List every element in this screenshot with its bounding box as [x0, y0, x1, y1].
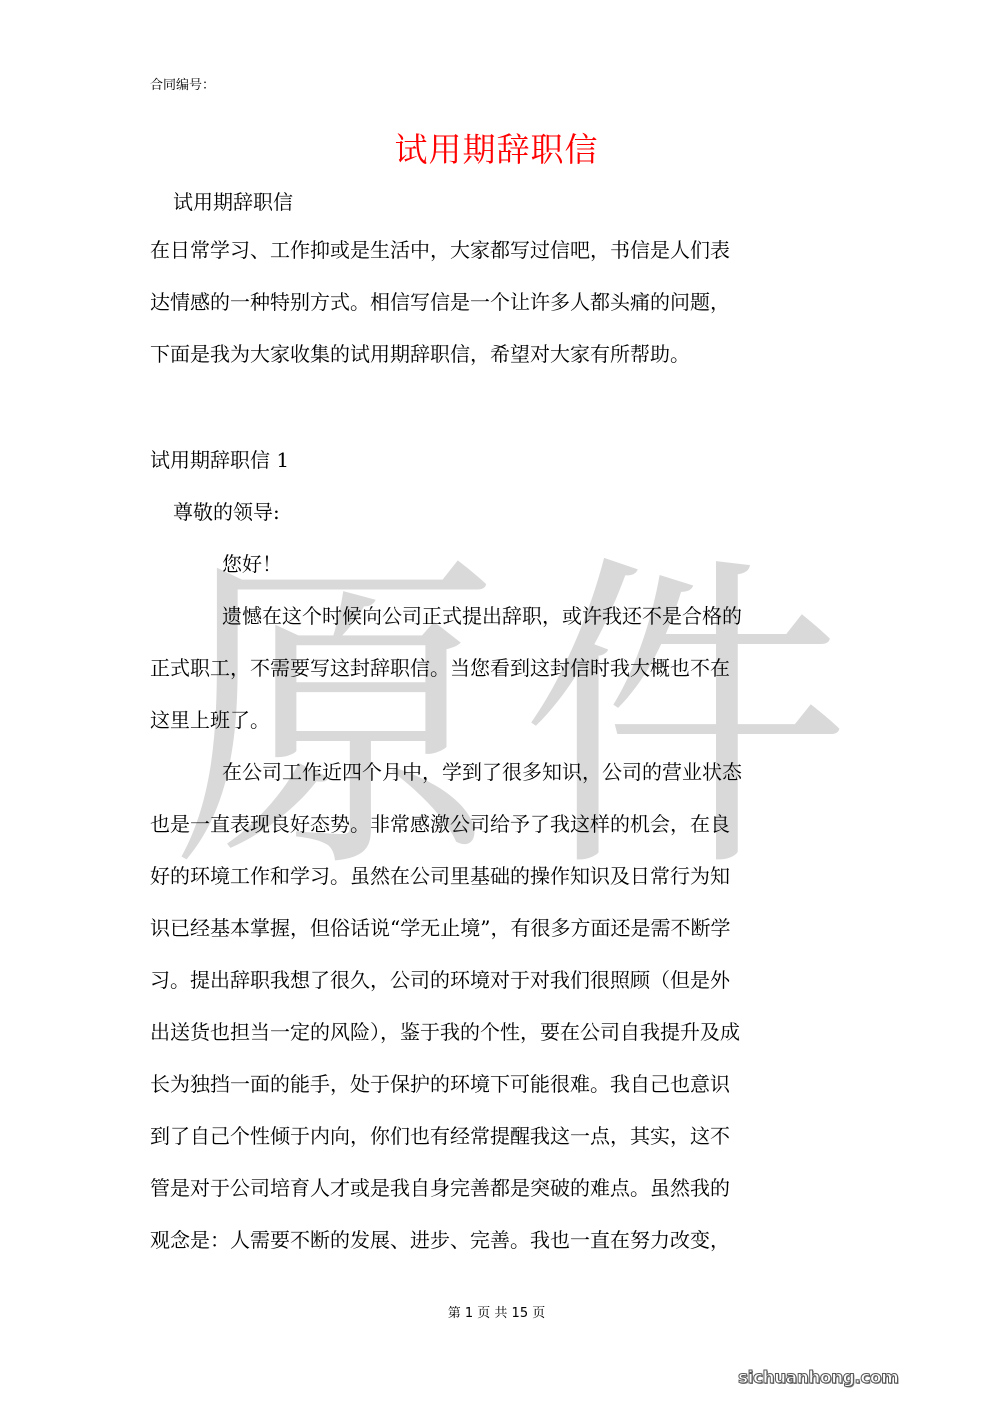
- letter-heading: 试用期辞职信 1: [150, 434, 850, 486]
- letter-paragraph-2: 在公司工作近四个月中，学到了很多知识，公司的营业状态 也是一直表现良好态势。非常…: [150, 746, 850, 1266]
- text-line: 正式职工，不需要写这封辞职信。当您看到这封信时我大概也不在: [150, 642, 850, 694]
- text-line: 也是一直表现良好态势。非常感激公司给予了我这样的机会，在良: [150, 798, 850, 850]
- text-line: 到了自己个性倾于内向，你们也有经常提醒我这一点，其实，这不: [150, 1110, 850, 1162]
- text-line: 达情感的一种特别方式。相信写信是一个让许多人都头痛的问题，: [150, 276, 850, 328]
- text-line: 识已经基本掌握，但俗话说“学无止境”，有很多方面还是需不断学: [150, 902, 850, 954]
- intro-paragraph: 在日常学习、工作抑或是生活中，大家都写过信吧，书信是人们表 达情感的一种特别方式…: [150, 224, 850, 380]
- text-line: 观念是：人需要不断的发展、进步、完善。我也一直在努力改变，: [150, 1214, 850, 1266]
- text-line: 好的环境工作和学习。虽然在公司里基础的操作知识及日常行为知: [150, 850, 850, 902]
- text-line: 下面是我为大家收集的试用期辞职信，希望对大家有所帮助。: [150, 328, 850, 380]
- document-title: 试用期辞职信: [0, 124, 993, 171]
- text-line: 在公司工作近四个月中，学到了很多知识，公司的营业状态: [150, 746, 850, 798]
- text-line: 长为独挡一面的能手，处于保护的环境下可能很难。我自己也意识: [150, 1058, 850, 1110]
- text-line: 遗憾在这个时候向公司正式提出辞职，或许我还不是合格的: [150, 590, 850, 642]
- text-line: 管是对于公司培育人才或是我自身完善都是突破的难点。虽然我的: [150, 1162, 850, 1214]
- text-line: 习。提出辞职我想了很久，公司的环境对于对我们很照顾（但是外: [150, 954, 850, 1006]
- text-line: 在日常学习、工作抑或是生活中，大家都写过信吧，书信是人们表: [150, 224, 850, 276]
- salutation-text: 尊敬的领导:: [173, 486, 873, 538]
- text-line: 这里上班了。: [150, 694, 850, 746]
- letter-salutation: 尊敬的领导:: [173, 486, 873, 538]
- letter-paragraph-1: 遗憾在这个时候向公司正式提出辞职，或许我还不是合格的 正式职工，不需要写这封辞职…: [150, 590, 850, 746]
- letter-greeting: 您好！: [222, 538, 922, 590]
- text-line: 出送货也担当一定的风险），鉴于我的个性，要在公司自我提升及成: [150, 1006, 850, 1058]
- letter-heading-text: 试用期辞职信 1: [150, 434, 850, 486]
- greeting-text: 您好！: [222, 538, 922, 590]
- page-indicator: 第 1 页 共 15 页: [0, 1302, 993, 1321]
- document-subtitle: 试用期辞职信: [173, 186, 293, 215]
- contract-number-label: 合同编号：: [150, 74, 215, 93]
- site-watermark-logo: sichuanhong.com: [738, 1368, 898, 1388]
